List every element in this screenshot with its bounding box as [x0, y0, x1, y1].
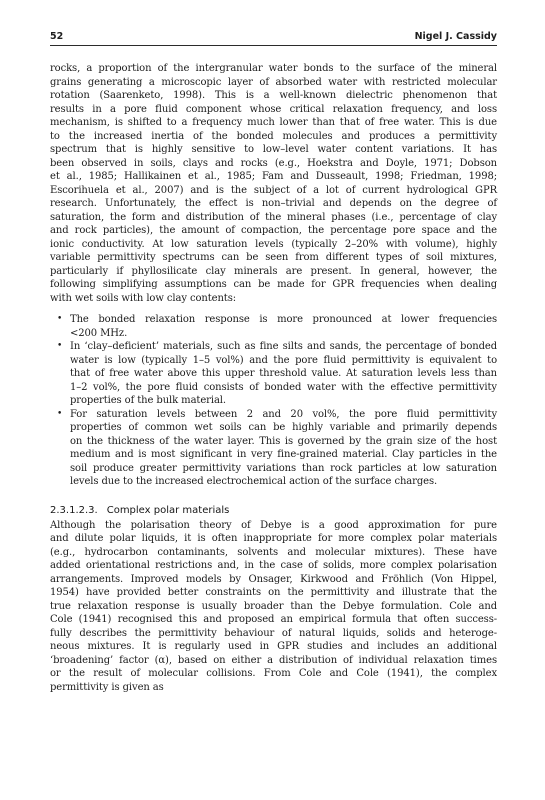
- text-line: saturation, the form and distribution of…: [50, 211, 497, 225]
- text-line: ‘broadening’ factor (α), based on either…: [50, 654, 497, 668]
- bullet-item-bonded-relaxation: • The bonded relaxation response is more…: [50, 313, 497, 340]
- text-line: levels due to the increased electrochemi…: [70, 475, 497, 489]
- text-line: or the result of molecular collisions. F…: [50, 667, 497, 681]
- paragraph-intergranular-water: rocks, a proportion of the intergranular…: [50, 62, 497, 305]
- text-line: with wet soils with low clay contents:: [50, 292, 497, 306]
- bullet-icon: •: [57, 340, 62, 354]
- text-line: properties of the bulk material.: [70, 394, 497, 408]
- text-line: particularly if phyllosilicate clay mine…: [50, 265, 497, 279]
- text-line: neous mixtures. It is regularly used in …: [50, 640, 497, 654]
- paragraph-complex-polar-materials: Although the polarisation theory of Deby…: [50, 519, 497, 695]
- text-line: Escorihuela et al., 2007) and is the sub…: [50, 184, 497, 198]
- text-line: fully describes the permittivity behavio…: [50, 627, 497, 641]
- text-line: that of free water above this upper thre…: [70, 367, 497, 381]
- text-line: 1–2 vol%, the pore fluid consists of bon…: [70, 381, 497, 395]
- text-line: rocks, a proportion of the intergranular…: [50, 62, 497, 76]
- section-number: 2.3.1.2.3.: [50, 505, 98, 516]
- text-line: mechanism, is shifted to a frequency muc…: [50, 116, 497, 130]
- text-line: Although the polarisation theory of Deby…: [50, 519, 497, 533]
- text-line: et al., 1985; Hallikainen et al., 1985; …: [50, 170, 497, 184]
- text-line: (e.g., hydrocarbon contaminants, solvent…: [50, 546, 497, 560]
- text-line: grains generating a microscopic layer of…: [50, 76, 497, 90]
- text-line: water is low (typically 1–5 vol%) and th…: [70, 354, 497, 368]
- text-line: and dilute polar liquids, it is often in…: [50, 532, 497, 546]
- text-line: In ‘clay–deficient’ materials, such as f…: [70, 340, 497, 354]
- text-line: variable permittivity spectrums can be s…: [50, 251, 497, 265]
- assumptions-bullet-list: • The bonded relaxation response is more…: [50, 313, 497, 489]
- text-line: <200 MHz.: [70, 327, 497, 341]
- bullet-item-clay-deficient: • In ‘clay–deficient’ materials, such as…: [50, 340, 497, 408]
- section-heading: 2.3.1.2.3.Complex polar materials: [50, 504, 497, 517]
- bullet-text: For saturation levels between 2 and 20 v…: [70, 408, 497, 489]
- text-line: 1954) have provided better constraints o…: [50, 586, 497, 600]
- text-line: following simplifying assumptions can be…: [50, 278, 497, 292]
- text-line: medium and is most significant in very f…: [70, 448, 497, 462]
- text-line: Cole (1941) recognised this and proposed…: [50, 613, 497, 627]
- text-line: rotation (Saarenketo, 1998). This is a w…: [50, 89, 497, 103]
- text-line: For saturation levels between 2 and 20 v…: [70, 408, 497, 422]
- bullet-item-saturation-levels: • For saturation levels between 2 and 20…: [50, 408, 497, 489]
- bullet-icon: •: [57, 408, 62, 422]
- text-line: permittivity is given as: [50, 681, 497, 695]
- page-number: 52: [50, 31, 63, 42]
- text-line: spectrum that is highly sensitive to low…: [50, 143, 497, 157]
- book-page: 52 Nigel J. Cassidy rocks, a proportion …: [0, 0, 545, 800]
- author-name: Nigel J. Cassidy: [415, 31, 497, 42]
- text-line: to the increased inertia of the bonded m…: [50, 130, 497, 144]
- text-line: and rock particles), the amount of compa…: [50, 224, 497, 238]
- running-header: 52 Nigel J. Cassidy: [50, 31, 497, 46]
- text-line: arrangements. Improved models by Onsager…: [50, 573, 497, 587]
- text-line: on the thickness of the water layer. Thi…: [70, 435, 497, 449]
- section-title: Complex polar materials: [107, 505, 230, 516]
- bullet-text: In ‘clay–deficient’ materials, such as f…: [70, 340, 497, 408]
- bullet-icon: •: [57, 313, 62, 327]
- text-line: been observed in soils, clays and rocks …: [50, 157, 497, 171]
- text-line: results in a pore fluid component whose …: [50, 103, 497, 117]
- text-line: soil produce greater permittivity variat…: [70, 462, 497, 476]
- bullet-text: The bonded relaxation response is more p…: [70, 313, 497, 340]
- text-line: research. Unfortunately, the effect is n…: [50, 197, 497, 211]
- text-line: The bonded relaxation response is more p…: [70, 313, 497, 327]
- text-line: properties of common wet soils can be hi…: [70, 421, 497, 435]
- text-line: added orientational restrictions and, in…: [50, 559, 497, 573]
- text-line: ionic conductivity. At low saturation le…: [50, 238, 497, 252]
- text-line: true relaxation response is usually broa…: [50, 600, 497, 614]
